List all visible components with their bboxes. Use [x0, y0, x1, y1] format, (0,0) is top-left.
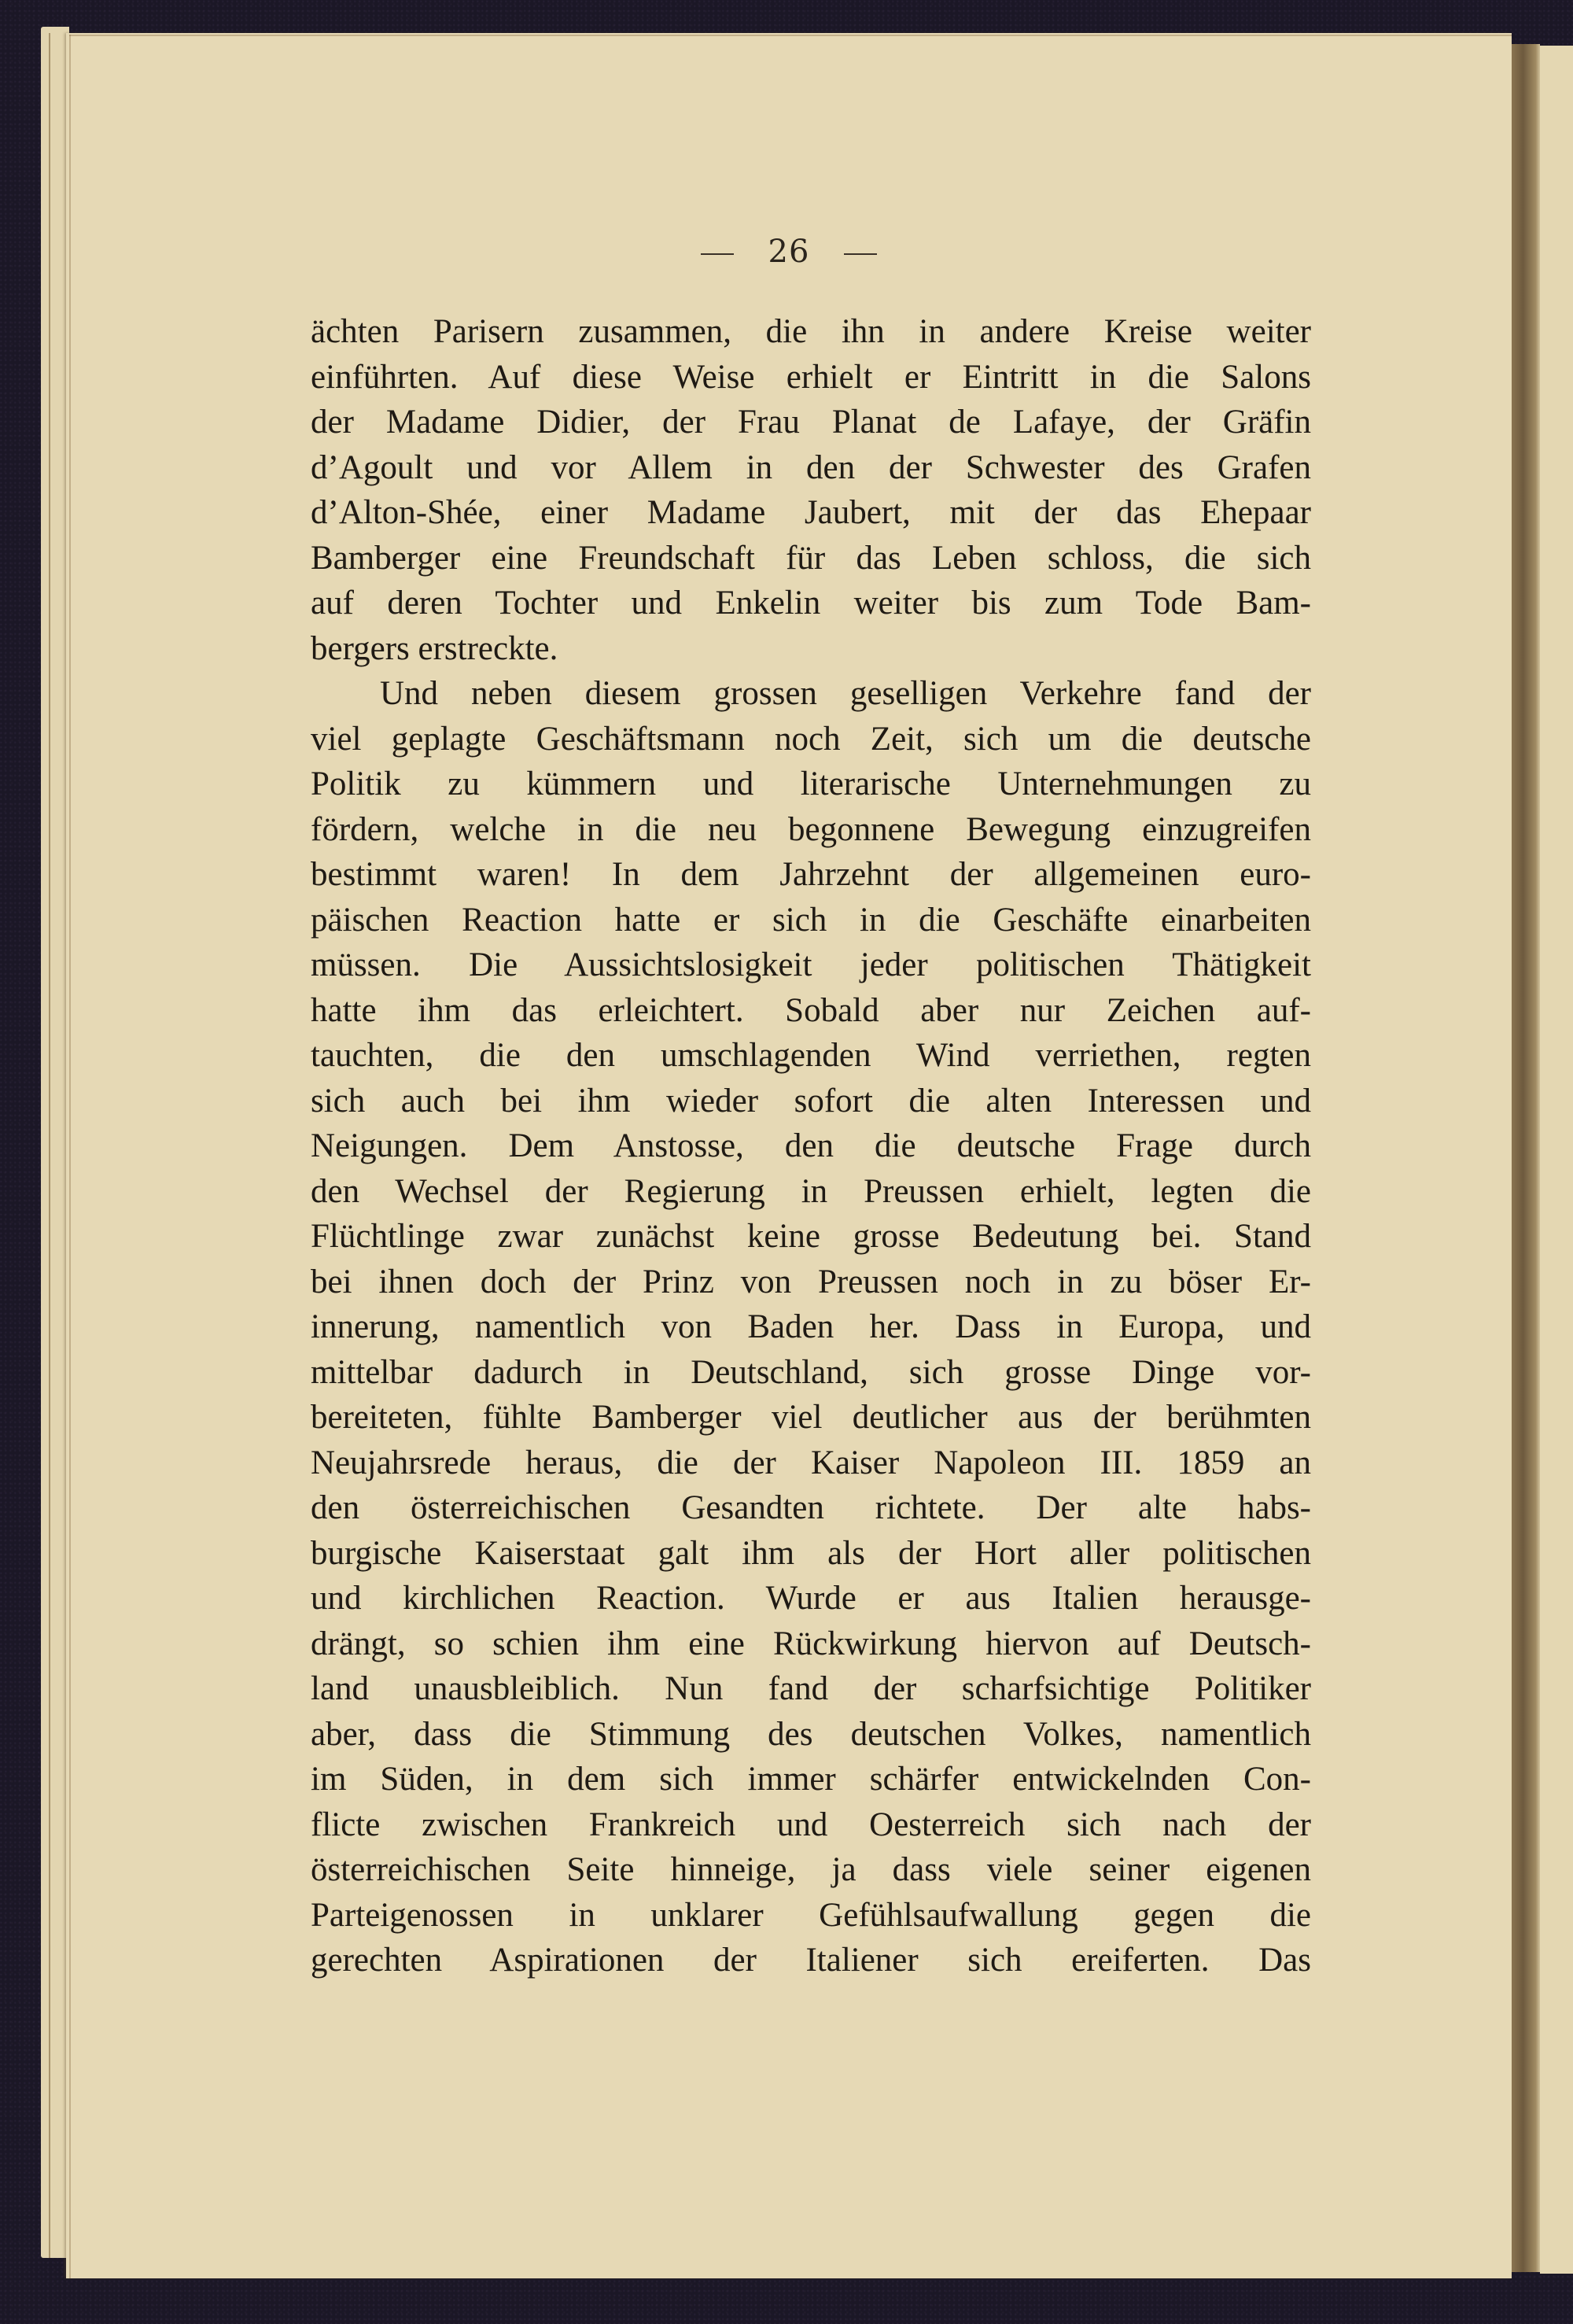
previous-page-edge	[41, 27, 69, 2258]
text-line: d’Alton-Shée, einer Madame Jaubert, mit …	[311, 490, 1311, 536]
text-line: bergers erstreckte.	[311, 626, 1311, 672]
body-text: ächten Parisern zusammen, die ihn in and…	[311, 309, 1311, 1983]
text-line: sich auch bei ihm wieder sofort die alte…	[311, 1079, 1311, 1124]
page-left-edge-line	[69, 35, 71, 2278]
text-line: innerung, namentlich von Baden her. Dass…	[311, 1304, 1311, 1350]
text-line: gerechten Aspirationen der Italiener sic…	[311, 1938, 1311, 1983]
text-line: d’Agoult und vor Allem in den der Schwes…	[311, 445, 1311, 491]
text-line: müssen. Die Aussichtslosigkeit jeder pol…	[311, 943, 1311, 988]
text-line: bestimmt waren! In dem Jahrzehnt der all…	[311, 852, 1311, 898]
text-line: Politik zu kümmern und literarische Unte…	[311, 762, 1311, 807]
text-line: aber, dass die Stimmung des deutschen Vo…	[311, 1712, 1311, 1758]
text-line: im Süden, in dem sich immer schärfer ent…	[311, 1757, 1311, 1802]
text-line: bereiteten, fühlte Bamberger viel deutli…	[311, 1395, 1311, 1441]
text-line: flicte zwischen Frankreich und Oesterrei…	[311, 1802, 1311, 1848]
text-line: und kirchlichen Reaction. Wurde er aus I…	[311, 1576, 1311, 1621]
text-line: einführten. Auf diese Weise erhielt er E…	[311, 355, 1311, 400]
page-number-dash-left	[701, 253, 734, 255]
text-line: den österreichischen Gesandten richtete.…	[311, 1485, 1311, 1531]
text-line: Bamberger eine Freundschaft für das Lebe…	[311, 536, 1311, 581]
text-line: tauchten, die den umschlagenden Wind ver…	[311, 1033, 1311, 1079]
text-line: ächten Parisern zusammen, die ihn in and…	[311, 309, 1311, 355]
text-line: Neigungen. Dem Anstosse, den die deutsch…	[311, 1123, 1311, 1169]
text-line: auf deren Tochter und Enkelin weiter bis…	[311, 581, 1311, 626]
text-line: fördern, welche in die neu begonnene Bew…	[311, 807, 1311, 853]
page-number-value: 26	[768, 234, 810, 270]
text-line: hatte ihm das erleichtert. Sobald aber n…	[311, 988, 1311, 1034]
paragraph: ächten Parisern zusammen, die ihn in and…	[311, 309, 1311, 671]
text-line: Parteigenossen in unklarer Gefühlsaufwal…	[311, 1893, 1311, 1939]
next-page-edge	[1540, 46, 1573, 2274]
text-line: mittelbar dadurch in Deutschland, sich g…	[311, 1350, 1311, 1396]
page-number-dash-right	[844, 253, 877, 255]
text-line: burgische Kaiserstaat galt ihm als der H…	[311, 1531, 1311, 1577]
text-line: österreichischen Seite hinneige, ja dass…	[311, 1847, 1311, 1893]
text-line: den Wechsel der Regierung in Preussen er…	[311, 1169, 1311, 1215]
paragraph: Und neben diesem grossen geselligen Verk…	[311, 671, 1311, 1983]
text-line: viel geplagte Geschäftsmann noch Zeit, s…	[311, 717, 1311, 762]
page-number: 26	[66, 230, 1512, 274]
text-line: bei ihnen doch der Prinz von Preussen no…	[311, 1260, 1311, 1305]
text-line: Neujahrsrede heraus, die der Kaiser Napo…	[311, 1441, 1311, 1486]
text-line: päischen Reaction hatte er sich in die G…	[311, 898, 1311, 943]
text-line: land unausbleiblich. Nun fand der scharf…	[311, 1666, 1311, 1712]
text-line: Flüchtlinge zwar zunächst keine grosse B…	[311, 1214, 1311, 1260]
text-line: drängt, so schien ihm eine Rückwirkung h…	[311, 1621, 1311, 1667]
page-top-edge-line	[69, 35, 1512, 36]
page-edge-line	[49, 33, 50, 2258]
text-line: der Madame Didier, der Frau Planat de La…	[311, 400, 1311, 445]
text-line: Und neben diesem grossen geselligen Verk…	[311, 671, 1311, 717]
book-gutter-shadow	[1512, 44, 1540, 2272]
